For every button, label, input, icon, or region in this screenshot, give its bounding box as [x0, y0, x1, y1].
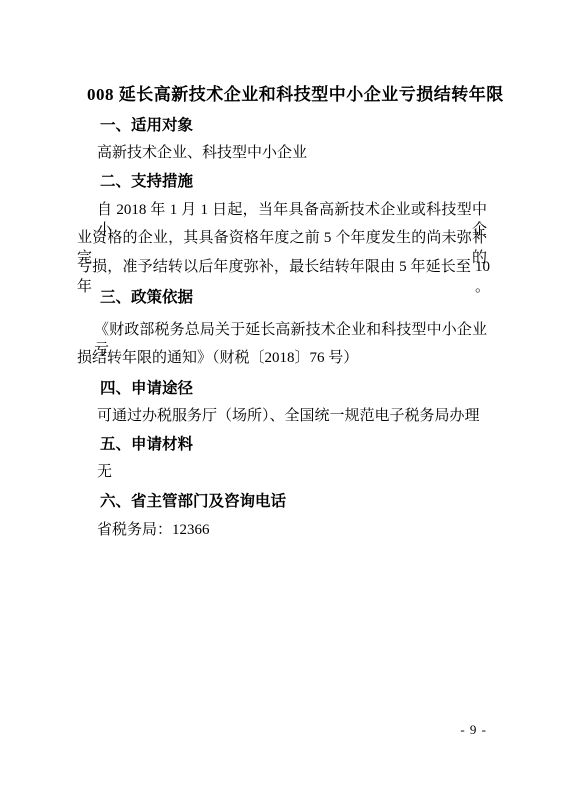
section-3-heading: 三、政策依据 — [100, 288, 193, 308]
section-1-heading: 一、适用对象 — [100, 116, 193, 136]
section-6-heading: 六、省主管部门及咨询电话 — [100, 492, 286, 512]
section-5-heading: 五、申请材料 — [100, 435, 193, 455]
doc-title: 008 延长高新技术企业和科技型中小企业亏损结转年限 — [87, 84, 504, 106]
section-6-body-line: 省税务局：12366 — [97, 521, 210, 541]
section-2-heading: 二、支持措施 — [100, 172, 193, 192]
section-5-body-line: 无 — [97, 463, 112, 483]
section-4-heading: 四、申请途径 — [100, 379, 193, 399]
section-4-body-line: 可通过办税服务厅（场所）、全国统一规范电子税务局办理 — [97, 407, 480, 427]
document-page: 008 延长高新技术企业和科技型中小企业亏损结转年限 一、适用对象 高新技术企业… — [0, 0, 561, 793]
section-3-body-line: 损结转年限的通知》（财税〔2018〕76 号） — [77, 349, 358, 369]
page-number: - 9 - — [460, 722, 487, 738]
section-1-body-line: 高新技术企业、科技型中小企业 — [97, 144, 307, 164]
